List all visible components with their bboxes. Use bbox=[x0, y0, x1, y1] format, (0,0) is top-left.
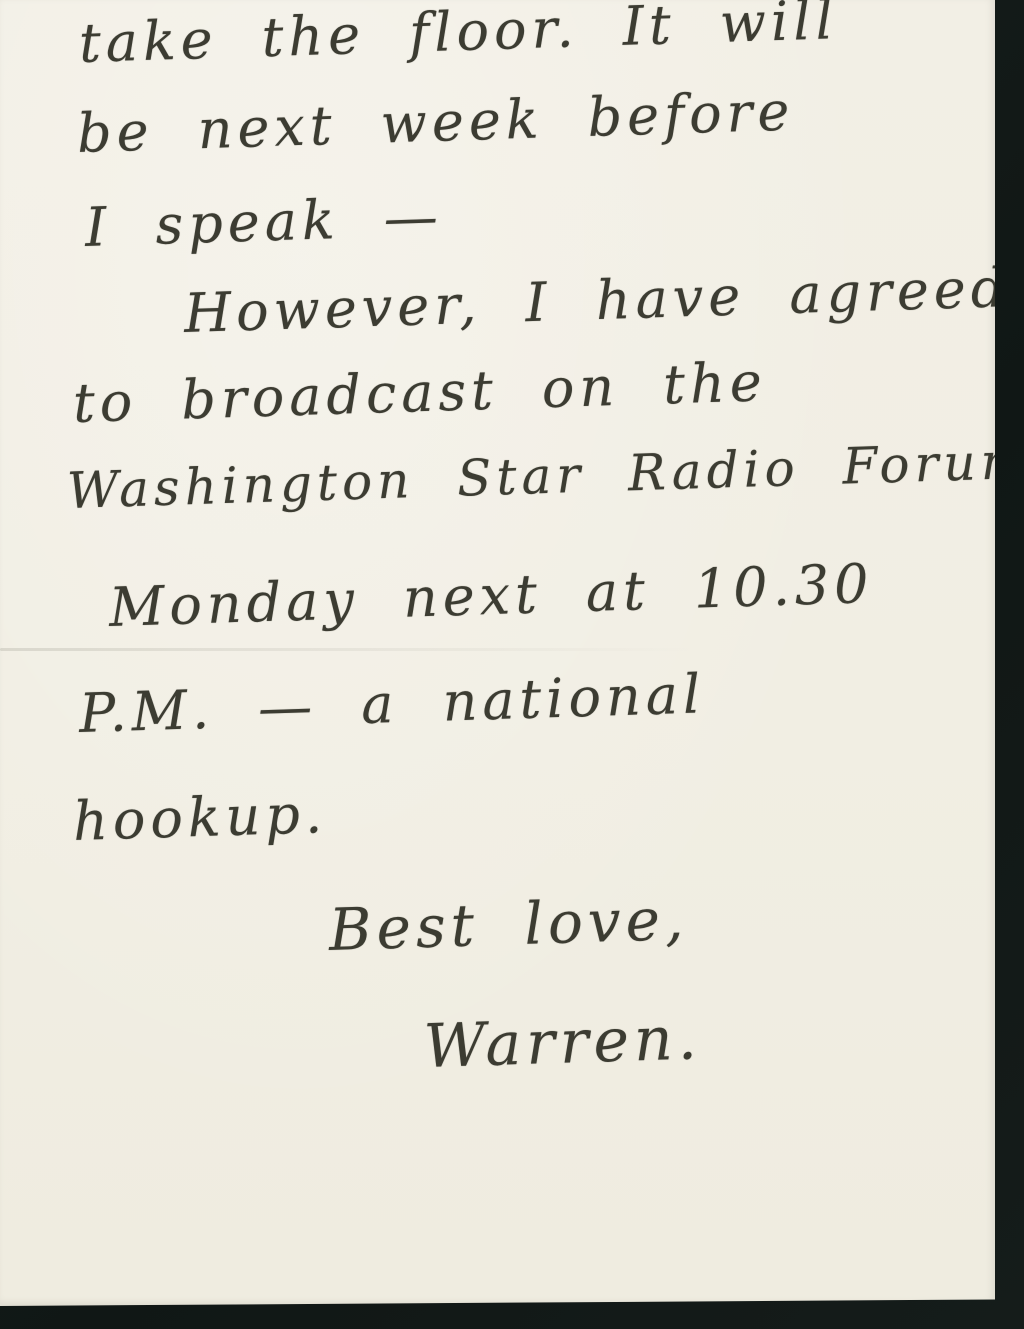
fold-crease bbox=[0, 648, 697, 651]
handwritten-line-3: I speak — bbox=[84, 185, 444, 259]
handwritten-line-6: Washington Star Radio Forum bbox=[66, 432, 1024, 520]
handwritten-line-8: P.M. — a national bbox=[78, 662, 706, 745]
handwritten-line-9: hookup. bbox=[72, 782, 328, 853]
closing-line: Best love, bbox=[328, 885, 689, 964]
handwritten-line-7: Monday next at 10.30 bbox=[108, 552, 874, 639]
signature: Warren. bbox=[423, 1003, 703, 1082]
scanner-background: take the floor. It will be next week bef… bbox=[0, 0, 1024, 1329]
handwritten-line-1: take the floor. It will bbox=[78, 0, 839, 75]
handwritten-line-5: to broadcast on the bbox=[72, 350, 768, 435]
handwritten-line-2: be next week before bbox=[76, 79, 795, 165]
handwritten-line-4: However, I have agreed bbox=[183, 256, 1011, 345]
letter-page: take the floor. It will be next week bef… bbox=[0, 0, 995, 1306]
